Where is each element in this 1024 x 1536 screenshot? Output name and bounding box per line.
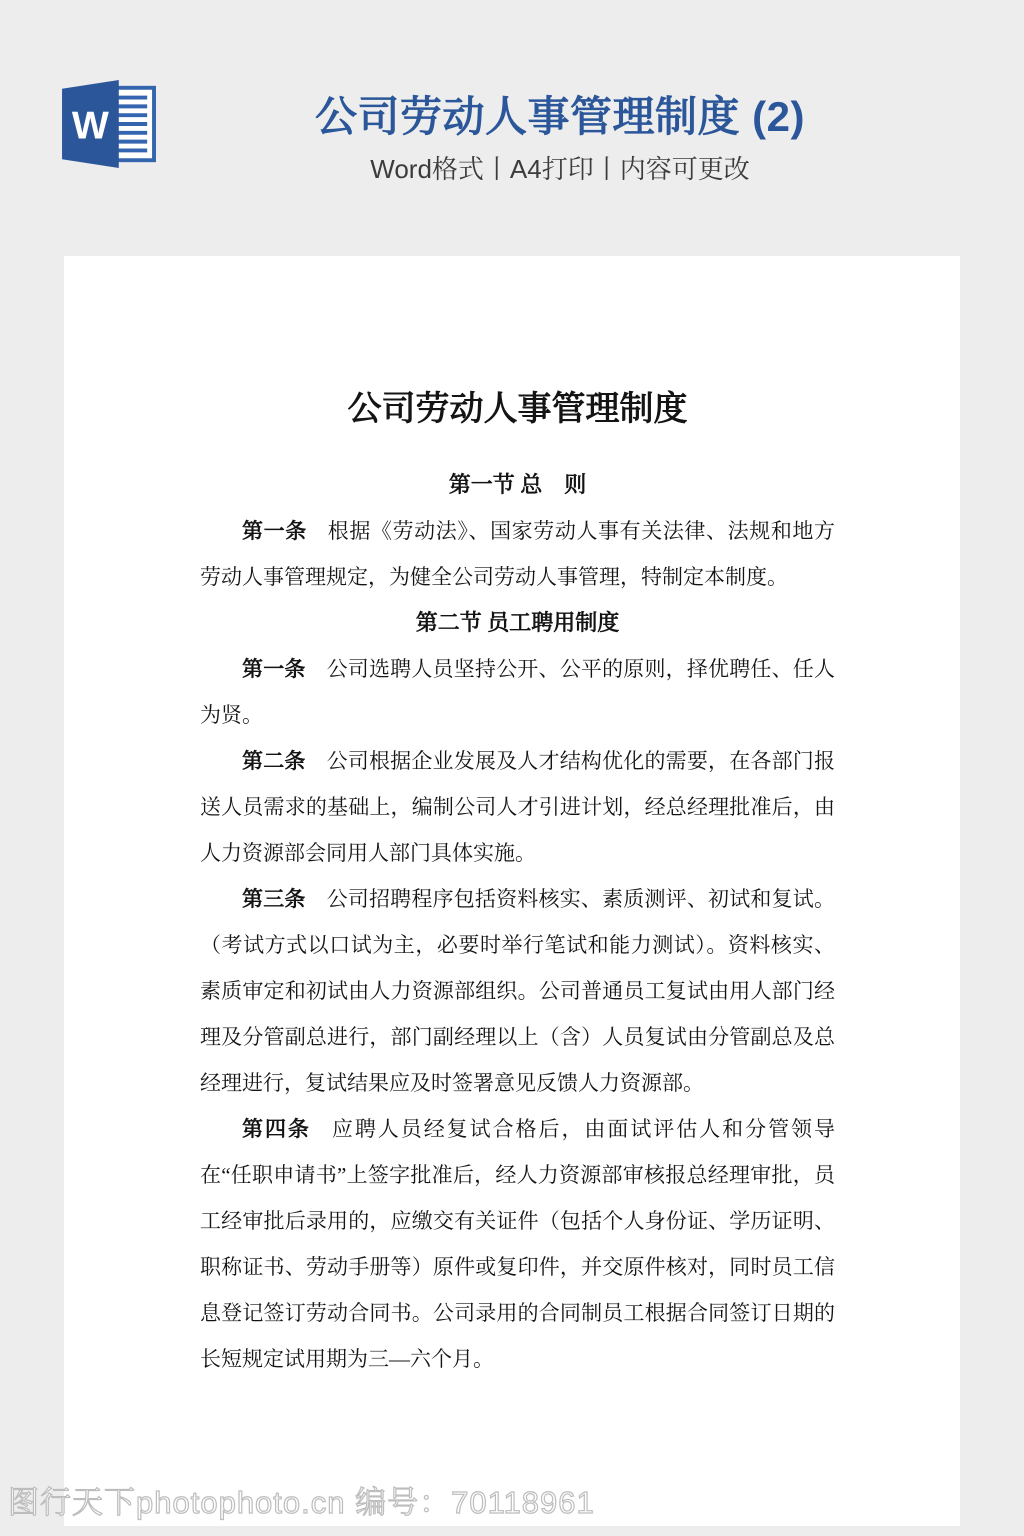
clause-label: 第一条: [242, 519, 307, 543]
clause-label: 第二条: [242, 749, 306, 773]
document-page: 公司劳动人事管理制度 第一节 总 则 第一条根据《劳动法》、国家劳动人事有关法律…: [64, 256, 960, 1526]
doc-paragraph: 第四条应聘人员经复试合格后，由面试评估人和分管领导在“任职申请书”上签字批准后，…: [200, 1106, 835, 1382]
document-title: 公司劳动人事管理制度: [200, 384, 835, 436]
page-subtitle: Word格式丨A4打印丨内容可更改: [96, 152, 1024, 186]
doc-paragraph: 第一条根据《劳动法》、国家劳动人事有关法律、法规和地方劳动人事管理规定，为健全公…: [200, 508, 835, 600]
clause-label: 第四条: [242, 1117, 311, 1141]
header-text: 公司劳动人事管理制度 (2) Word格式丨A4打印丨内容可更改: [96, 90, 1024, 186]
clause-label: 第三条: [242, 887, 306, 911]
watermark: 图行天下photophoto.cn 编号：70118961: [8, 1484, 595, 1522]
template-preview-canvas: W 公司劳动人事管理制度 (2) Word格式丨A4打印丨内容可更改 公司劳动人…: [0, 0, 1024, 1536]
doc-paragraph: 第二条公司根据企业发展及人才结构优化的需要，在各部门报送人员需求的基础上，编制公…: [200, 738, 835, 876]
section-heading-1: 第一节 总 则: [200, 462, 835, 508]
section-heading-2: 第二节 员工聘用制度: [200, 600, 835, 646]
clause-text: 应聘人员经复试合格后，由面试评估人和分管领导在“任职申请书”上签字批准后，经人力…: [200, 1117, 835, 1371]
doc-paragraph: 第一条公司选聘人员坚持公开、公平的原则，择优聘任、任人为贤。: [200, 646, 835, 738]
clause-label: 第一条: [242, 657, 306, 681]
clause-text: 公司招聘程序包括资料核实、素质测评、初试和复试。（考试方式以口试为主，必要时举行…: [200, 887, 835, 1095]
page-title: 公司劳动人事管理制度 (2): [96, 90, 1024, 144]
doc-paragraph: 第三条公司招聘程序包括资料核实、素质测评、初试和复试。（考试方式以口试为主，必要…: [200, 876, 835, 1106]
